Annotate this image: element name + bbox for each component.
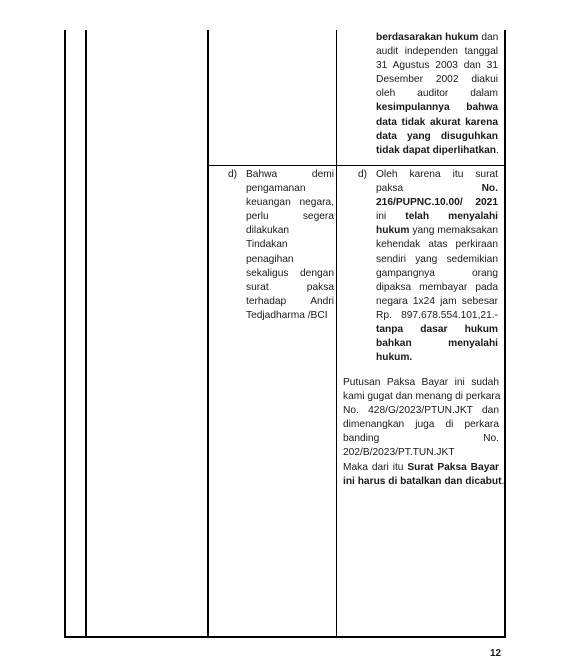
text-line: 216/PUPNC.10.00/ 2021: [376, 196, 498, 210]
text-line: 202/B/2023/PT.TUN.JKT: [343, 446, 499, 460]
page-number: 12: [490, 648, 501, 659]
text-line: Oleh karena itu surat: [376, 168, 498, 182]
table-border-bottom: [64, 636, 506, 638]
row2-col4-paragraph2: Putusan Paksa Bayar ini sudahkami gugat …: [343, 376, 499, 489]
text-line: audit independen tanggal: [376, 45, 498, 59]
text-line: hukum.: [376, 351, 498, 365]
text-line: kehendak atas perkiraan: [376, 238, 498, 252]
row-divider: [207, 165, 506, 166]
text-line: gampangnya orang: [376, 267, 498, 281]
text-line: tidak dapat diperlihatkan.: [376, 144, 498, 158]
text-line: paksa No.: [376, 182, 498, 196]
column-divider-2: [207, 30, 209, 638]
text-line: pengamanan: [246, 182, 334, 196]
text-line: dilakukan: [246, 224, 334, 238]
text-line: bahkan menyalahi: [376, 337, 498, 351]
text-line: Tindakan: [246, 238, 334, 252]
text-line: terhadap Andri: [246, 295, 334, 309]
row1-col4-text: berdasarakan hukum danaudit independen t…: [376, 31, 498, 158]
text-line: banding No.: [343, 432, 499, 446]
text-line: keuangan negara,: [246, 196, 334, 210]
text-line: negara 1x24 jam sebesar: [376, 295, 498, 309]
text-line: perlu segera: [246, 210, 334, 224]
row2-col3-label: d): [228, 168, 237, 182]
text-line: data yang disuguhkan: [376, 130, 498, 144]
text-line: dimenangkan juga di perkara: [343, 418, 499, 432]
text-line: ini telah menyalahi: [376, 210, 498, 224]
text-line: 31 Agustus 2003 dan 31: [376, 59, 498, 73]
text-line: data tidak akurat karena: [376, 116, 498, 130]
text-line: kami gugat dan menang di perkara: [343, 390, 499, 404]
text-line: sendiri yang sedemikian: [376, 253, 498, 267]
table-border-right: [504, 30, 506, 638]
text-line: berdasarakan hukum dan: [376, 31, 498, 45]
column-divider-3: [336, 30, 337, 638]
text-line: penagihan: [246, 253, 334, 267]
text-line: ini harus di batalkan dan dicabut.: [343, 475, 499, 489]
text-line: Tedjadharma /BCI: [246, 309, 334, 323]
text-line: Maka dari itu Surat Paksa Bayar: [343, 461, 499, 475]
text-line: tanpa dasar hukum: [376, 323, 498, 337]
text-line: Putusan Paksa Bayar ini sudah: [343, 376, 499, 390]
row2-col4-text: Oleh karena itu suratpaksa No.216/PUPNC.…: [376, 168, 498, 365]
text-line: No. 428/G/2023/PTUN.JKT dan: [343, 404, 499, 418]
text-line: hukum yang memaksakan: [376, 224, 498, 238]
text-line: sekaligus dengan: [246, 267, 334, 281]
text-line: Rp. 897.678.554.101,21.-: [376, 309, 498, 323]
document-page: berdasarakan hukum danaudit independen t…: [0, 0, 567, 670]
text-line: kesimpulannya bahwa: [376, 101, 498, 115]
text-line: surat paksa: [246, 281, 334, 295]
row2-col3-text: Bahwa demipengamanankeuangan negara,perl…: [246, 168, 334, 323]
table-border-left: [64, 30, 66, 638]
text-line: Bahwa demi: [246, 168, 334, 182]
text-line: dipaksa membayar pada: [376, 281, 498, 295]
row2-col4-label: d): [358, 168, 367, 182]
column-divider-1: [85, 30, 87, 638]
text-line: Desember 2002 diakui: [376, 73, 498, 87]
text-line: oleh auditor dalam: [376, 87, 498, 101]
